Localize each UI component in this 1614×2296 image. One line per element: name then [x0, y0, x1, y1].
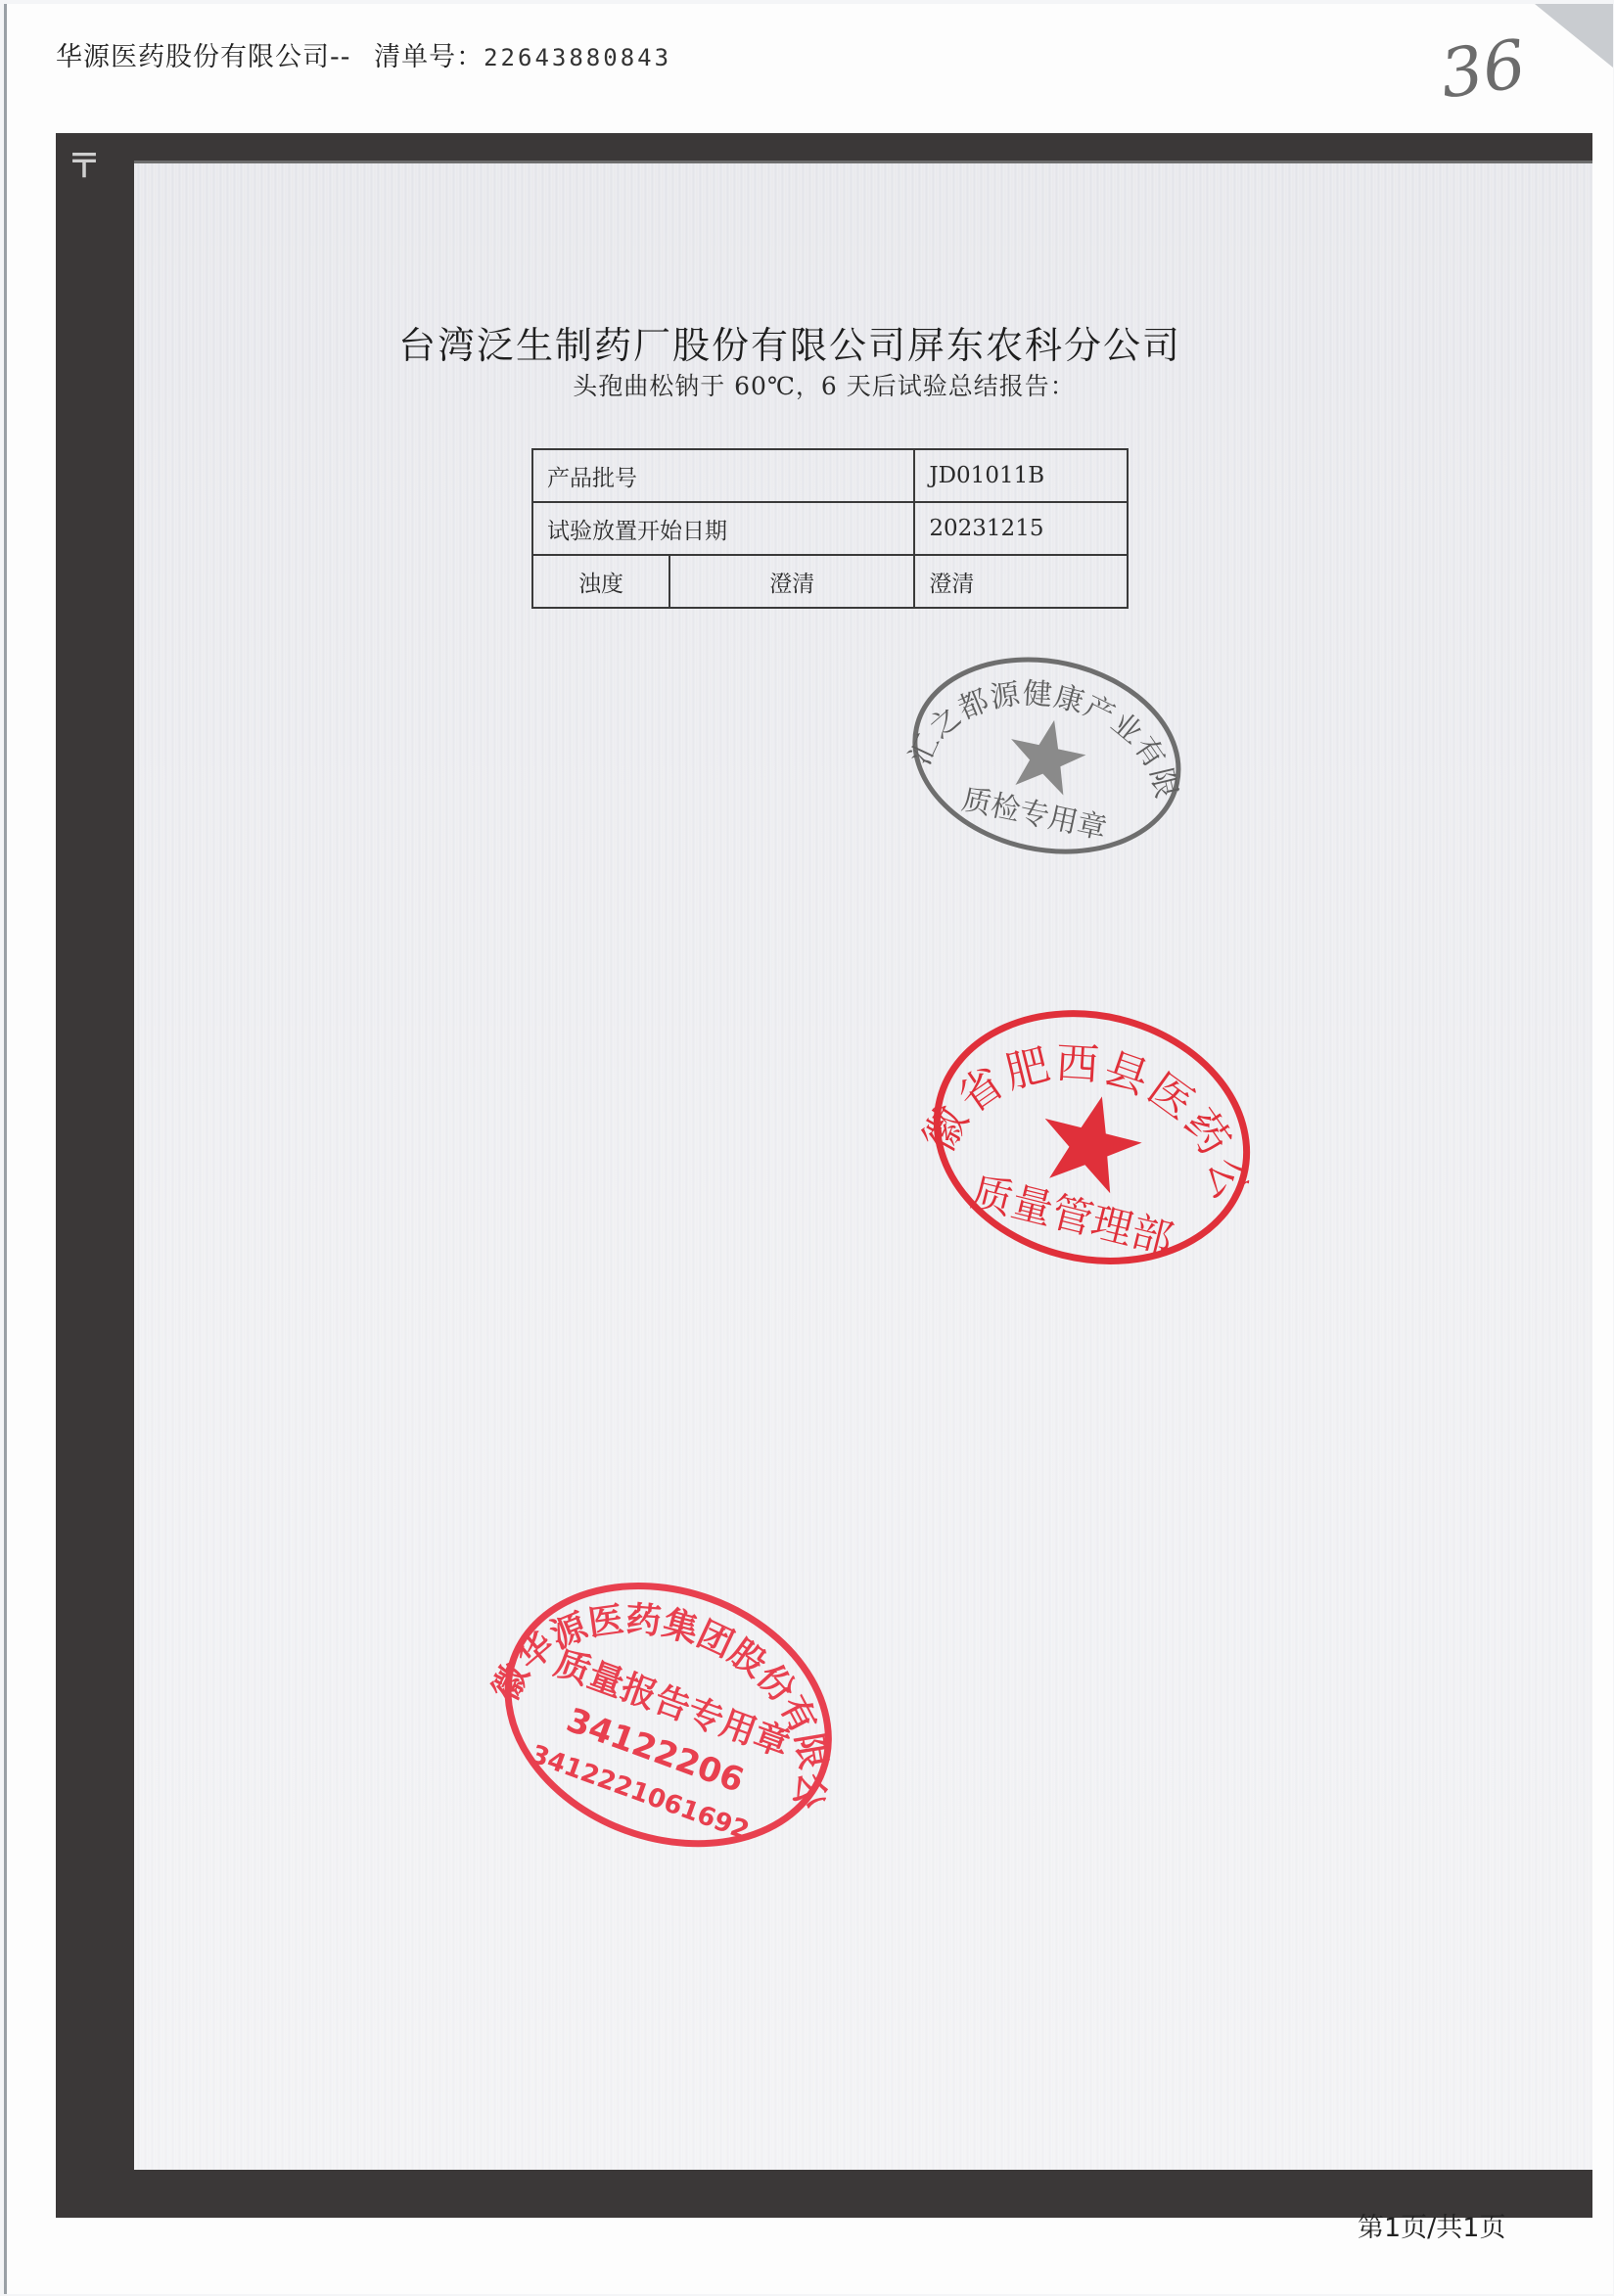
row-value: JD01011B — [914, 449, 1128, 502]
stamp-arc-text: 安徽汇之都源健康产业有限公司 — [885, 597, 1212, 822]
quality-report-stamp: 安徽华源医药集团股份有限公司 质量报告专用章 34122206 34122210… — [461, 1532, 875, 1901]
row-label: 试验放置开始日期 — [532, 502, 914, 555]
row-label: 浊度 — [532, 555, 669, 608]
handwritten-page-number: 36 — [1436, 25, 1531, 114]
quality-inspection-stamp: 安徽汇之都源健康产业有限公司 质检专用章 — [886, 625, 1207, 890]
row-spec: 澄清 — [669, 555, 914, 608]
page-header: 华源医药股份有限公司-- 清单号：22643880843 — [56, 35, 671, 73]
test-result-table: 产品批号 JD01011B 试验放置开始日期 20231215 浊度 澄清 澄清 — [531, 448, 1129, 609]
photocopy-area: 〒 台湾泛生制药厂股份有限公司屏东农科分公司 头孢曲松钠于 60℃，6 天后试验… — [56, 133, 1592, 2218]
quality-management-stamp: 安徽省肥西县医药公司 质量管理部 — [898, 969, 1285, 1309]
list-number: 22643880843 — [484, 44, 671, 71]
stamp-center-text: 质量管理部 — [967, 1168, 1178, 1263]
stamp-center-text: 质检专用章 — [959, 782, 1110, 846]
row-value: 20231215 — [914, 502, 1128, 555]
scanned-report-sheet: 台湾泛生制药厂股份有限公司屏东农科分公司 头孢曲松钠于 60℃，6 天后试验总结… — [134, 161, 1592, 2170]
table-row: 产品批号 JD01011B — [532, 449, 1128, 502]
list-label: 清单号： — [374, 42, 484, 72]
table-row: 浊度 澄清 澄清 — [532, 555, 1128, 608]
row-value: 澄清 — [914, 555, 1128, 608]
row-label: 产品批号 — [532, 449, 914, 502]
svg-text:安徽汇之都源健康产业有限公司: 安徽汇之都源健康产业有限公司 — [885, 597, 1212, 822]
report-company-title: 台湾泛生制药厂股份有限公司屏东农科分公司 — [134, 315, 1592, 369]
table-row: 试验放置开始日期 20231215 — [532, 502, 1128, 555]
company-name: 华源医药股份有限公司-- — [56, 42, 351, 72]
page-pagination: 第1页/共1页 — [1358, 2206, 1505, 2244]
page-curl — [1535, 4, 1613, 68]
copy-artifact-mark: 〒 — [68, 139, 101, 187]
star-icon — [1002, 712, 1091, 799]
report-subtitle: 头孢曲松钠于 60℃，6 天后试验总结报告： — [134, 367, 1592, 402]
document-page: 华源医药股份有限公司-- 清单号：22643880843 36 〒 台湾泛生制药… — [4, 4, 1613, 2294]
